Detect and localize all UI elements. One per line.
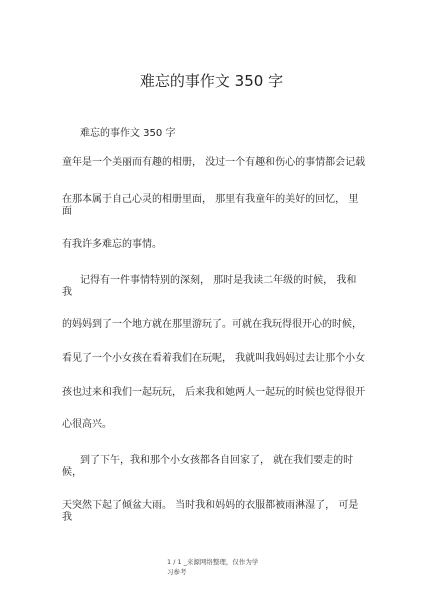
body-text-line: 候， <box>62 466 82 479</box>
body-text-line: 孩也过来和我们一起玩玩， 后来我和她两人一起玩的时候也觉得很开 <box>62 386 365 399</box>
body-text-line: 心很高兴。 <box>62 418 112 431</box>
footer-line-2: 习参考 <box>167 567 258 577</box>
body-text-line: 童年是一个美丽而有趣的相册， 没过一个有趣和伤心的事情都会记载 <box>62 156 365 169</box>
body-text-line: 有我许多难忘的事情。 <box>62 238 162 251</box>
body-text-line: 天突然下起了倾盆大雨。 当时我和妈妈的衣服都被雨淋湿了， 可是 <box>62 499 358 512</box>
body-text-line: 在那本属于自己心灵的相册里面， 那里有我童年的美好的回忆， 里 <box>62 193 358 206</box>
footer-line-1: 1 / 1 _来源网络整理，仅作为学 <box>167 557 258 567</box>
body-text-line: 我 <box>62 286 72 299</box>
body-text-line: 的妈妈到了一个地方就在那里游玩了。可就在我玩得很开心的时候， <box>62 318 362 331</box>
body-text-line: 到了下午，我和那个小女孩都各自回家了， 就在我们要走的时 <box>80 454 353 467</box>
page-footer: 1 / 1 _来源网络整理，仅作为学 习参考 <box>167 557 258 577</box>
body-text-line: 我 <box>62 511 72 524</box>
document-title: 难忘的事作文 350 字 <box>0 70 423 91</box>
body-text-line: 看见了一个小女孩在看着我们在玩呢， 我就叫我妈妈过去让那个小女 <box>62 352 365 365</box>
body-text-line: 面 <box>62 205 72 218</box>
document-subtitle: 难忘的事作文 350 字 <box>80 124 175 139</box>
body-text-line: 记得有一件事情特别的深刻， 那时是我读二年级的时候， 我和 <box>80 274 356 287</box>
